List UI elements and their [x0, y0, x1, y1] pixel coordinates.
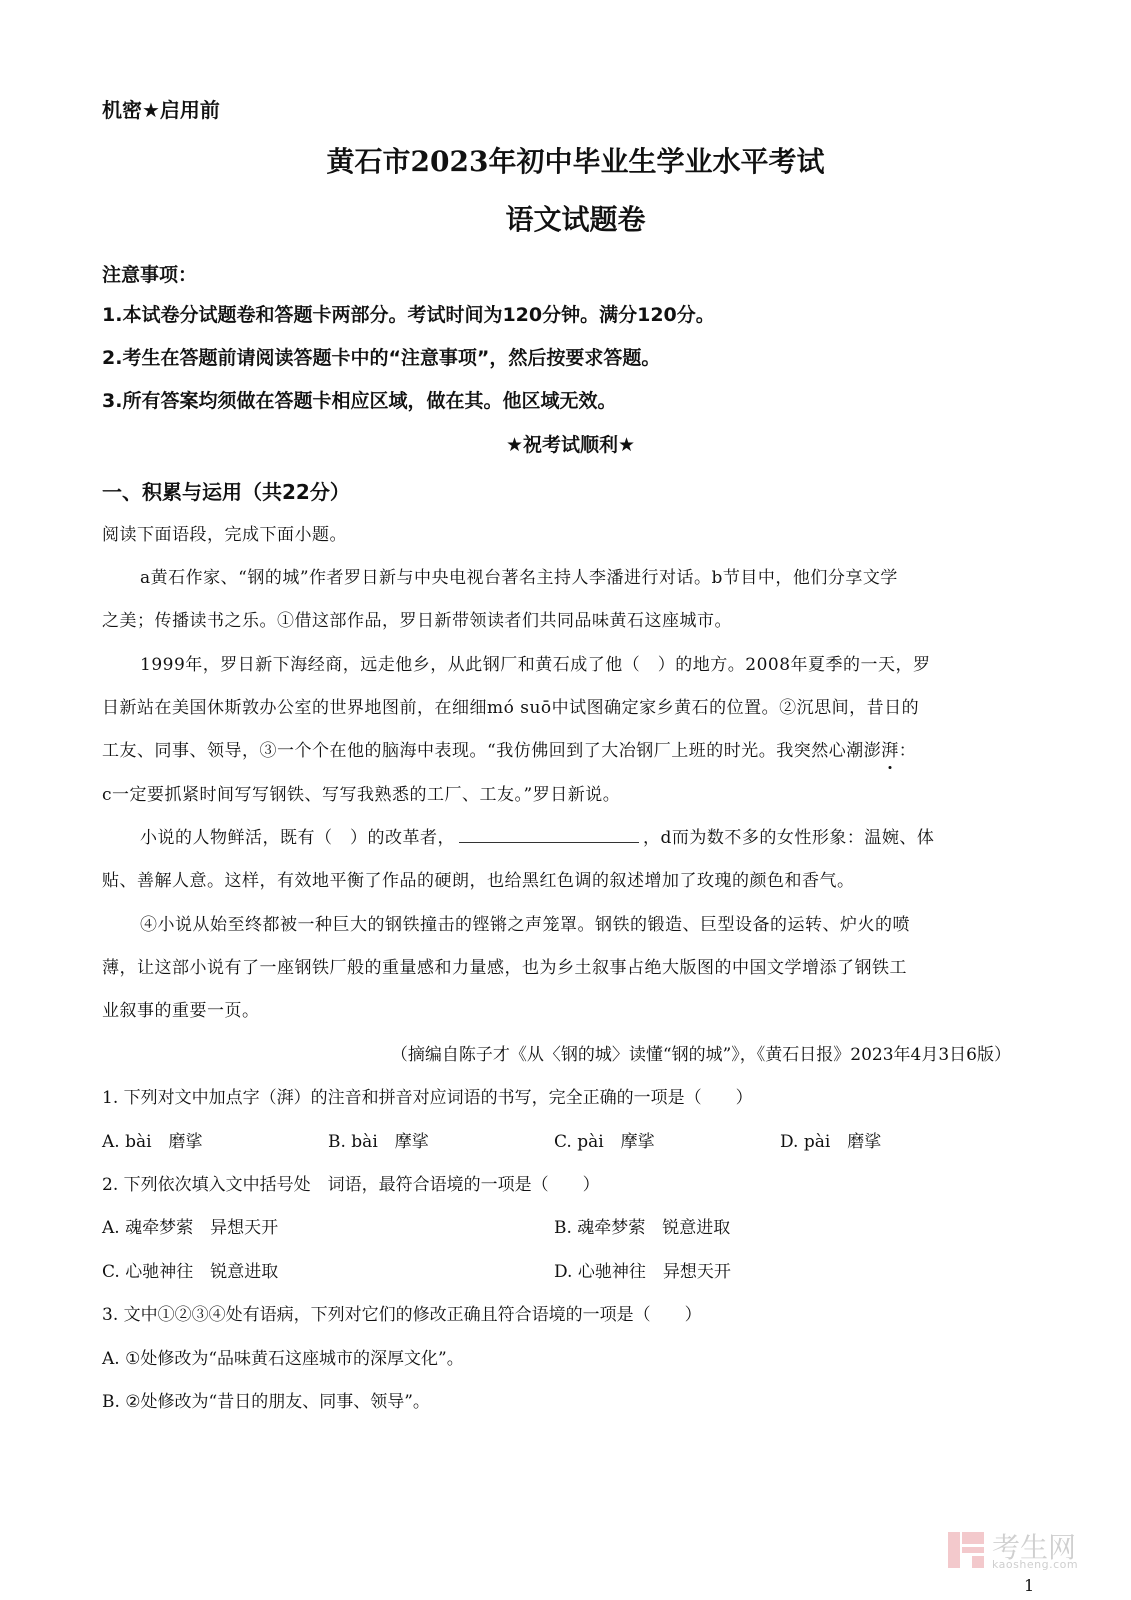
passage-line: 日新站在美国休斯敦办公室的世界地图前，在细细mó suō中试图确定家乡黄石的位置… — [102, 693, 919, 718]
passage-line: 1999年，罗日新下海经商，远走他乡，从此钢厂和黄石成了他（ ）的地方。2008… — [140, 650, 931, 675]
watermark: 考生网 kaosheng.com — [948, 1530, 1088, 1570]
passage-line: 贴、善解人意。这样，有效地平衡了作品的硬朗，也给黑红色调的叙述增加了玫瑰的颜色和… — [102, 866, 855, 891]
section-title: 一、积累与运用（共22分） — [102, 476, 350, 505]
option-c: C. pài 摩挲 — [554, 1127, 655, 1152]
notice-item: 3.所有答案均须做在答题卡相应区域，做在其。他区域无效。 — [102, 386, 616, 413]
option-c: C. 心驰神往 锐意进取 — [102, 1257, 278, 1282]
passage-line: a黄石作家、“钢的城”作者罗日新与中央电视台著名主持人李潘进行对话。b节目中，他… — [140, 563, 898, 588]
watermark-url: kaosheng.com — [992, 1558, 1078, 1571]
passage-text: 工友、同事、领导，③一个个在他的脑海中表现。“我仿佛回到了大冶钢厂上班的时光。我… — [102, 741, 881, 761]
question-stem: 1. 下列对文中加点字（湃）的注音和拼音对应词语的书写，完全正确的一项是（ ） — [102, 1083, 753, 1108]
exam-title: 黄石市2023年初中毕业生学业水平考试 — [0, 140, 1131, 180]
kaosheng-logo-icon — [948, 1532, 984, 1568]
passage-line: c一定要抓紧时间写写钢铁、写写我熟悉的工厂、工友。”罗日新说。 — [102, 780, 620, 805]
passage-text: 小说的人物鲜活，既有（ ）的改革者， — [140, 828, 455, 848]
exam-subtitle: 语文试题卷 — [0, 198, 1131, 238]
passage-line: 之美；传播读书之乐。①借这部作品，罗日新带领读者们共同品味黄石这座城市。 — [102, 606, 732, 631]
option-a: A. bài 磨挲 — [102, 1127, 203, 1152]
option-b: B. ②处修改为“昔日的朋友、同事、领导”。 — [102, 1387, 430, 1412]
dotted-character: 湃 — [881, 741, 899, 761]
notice-heading: 注意事项： — [102, 260, 197, 287]
passage-text: ，d而为数不多的女性形象：温婉、体 — [643, 828, 934, 848]
reading-instruction: 阅读下面语段，完成下面小题。 — [102, 520, 347, 545]
passage-line: 业叙事的重要一页。 — [102, 996, 260, 1021]
good-luck-banner: ★祝考试顺利★ — [0, 430, 1131, 457]
option-b: B. bài 摩挲 — [328, 1127, 429, 1152]
notice-item: 2.考生在答题前请阅读答题卡中的“注意事项”，然后按要求答题。 — [102, 343, 660, 370]
option-d: D. 心驰神往 异想天开 — [554, 1257, 731, 1282]
passage-line: ④小说从始至终都被一种巨大的钢铁撞击的铿锵之声笼罩。钢铁的锻造、巨型设备的运转、… — [140, 910, 910, 935]
notice-item: 1.本试卷分试题卷和答题卡两部分。考试时间为120分钟。满分120分。 — [102, 300, 715, 327]
passage-line: 工友、同事、领导，③一个个在他的脑海中表现。“我仿佛回到了大冶钢厂上班的时光。我… — [102, 736, 916, 761]
question-stem: 2. 下列依次填入文中括号处 词语，最符合语境的一项是（ ） — [102, 1170, 600, 1195]
option-d: D. pài 磨挲 — [780, 1127, 881, 1152]
confidential-label: 机密★启用前 — [102, 94, 220, 123]
fill-in-blank — [459, 824, 639, 843]
page-number: 1 — [1024, 1576, 1034, 1595]
option-a: A. ①处修改为“品味黄石这座城市的深厚文化”。 — [102, 1344, 464, 1369]
passage-source: （摘编自陈子才《从〈钢的城〉读懂“钢的城”》，《黄石日报》2023年4月3日6版… — [391, 1040, 1011, 1065]
option-b: B. 魂牵梦萦 锐意进取 — [554, 1213, 730, 1238]
question-stem: 3. 文中①②③④处有语病，下列对它们的修改正确且符合语境的一项是（ ） — [102, 1300, 702, 1325]
passage-text: ： — [899, 741, 917, 761]
passage-line: 薄，让这部小说有了一座钢铁厂般的重量感和力量感，也为乡土叙事占绝大版图的中国文学… — [102, 953, 907, 978]
passage-line: 小说的人物鲜活，既有（ ）的改革者，，d而为数不多的女性形象：温婉、体 — [140, 823, 934, 848]
option-a: A. 魂牵梦萦 异想天开 — [102, 1213, 278, 1238]
